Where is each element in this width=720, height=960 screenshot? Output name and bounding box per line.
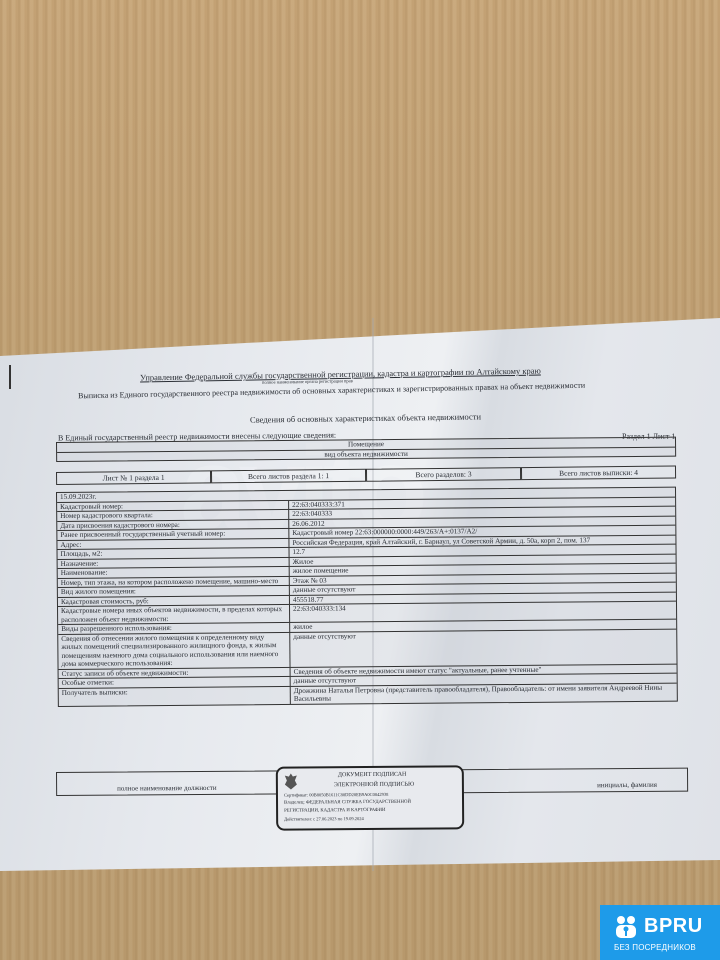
stamp-valid: Действителен: с 27.06.2023 по 19.09.2024: [284, 816, 364, 822]
e-signature-stamp: ДОКУМЕНТ ПОДПИСАН ЭЛЕКТРОННОЙ ПОДПИСЬЮ С…: [276, 765, 464, 830]
margin-mark: [9, 365, 11, 389]
stamp-owner2: РЕГИСТРАЦИИ, КАДАСТРА И КАРТОГРАФИИ: [284, 808, 385, 814]
sheet-number: Лист № 1 раздела 1: [56, 470, 211, 485]
row-value: Дрожжина Наталья Петровна (представитель…: [291, 683, 677, 703]
extract-date: 15.09.2023г.: [57, 493, 99, 502]
row-label: Получатель выписки:: [59, 686, 291, 705]
badge-logo: BPRU: [644, 915, 703, 938]
table-row: Сведения об отнесении жилого помещения к…: [58, 629, 676, 669]
characteristics-table: 15.09.2023г. Кадастровый номер:22:63:040…: [56, 487, 678, 707]
stamp-line2: ЭЛЕКТРОННОЙ ПОДПИСЬЮ: [334, 782, 414, 789]
row-label: Сведения об отнесении жилого помещения к…: [58, 632, 290, 668]
total-sheets-section: Всего листов раздела 1: 1: [211, 469, 366, 484]
row-label: Кадастровые номера иных объектов недвижи…: [58, 605, 290, 624]
badge-tagline: БЕЗ ПОСРЕДНИКОВ: [614, 943, 696, 952]
total-sheets-extract: Всего листов выписки: 4: [521, 466, 676, 481]
stamp-certificate: Сертификат: 00B8050B1611C80DD20EB9A0C004…: [284, 792, 388, 798]
name-caption: инициалы, фамилия: [597, 781, 657, 789]
emblem-icon: [284, 773, 298, 791]
stamp-owner: Владелец: ФЕДЕРАЛЬНАЯ СЛУЖБА ГОСУДАРСТВЕ…: [284, 800, 411, 806]
row-value: данные отсутствуют: [290, 629, 676, 666]
bpru-badge: BPRU БЕЗ ПОСРЕДНИКОВ: [600, 905, 720, 960]
position-caption: полное наименование должности: [117, 784, 217, 793]
total-sections: Всего разделов: 3: [366, 467, 521, 482]
people-key-icon: [614, 915, 638, 939]
row-value: 22:63:040333:134: [290, 602, 676, 622]
stamp-line1: ДОКУМЕНТ ПОДПИСАН: [338, 772, 407, 778]
